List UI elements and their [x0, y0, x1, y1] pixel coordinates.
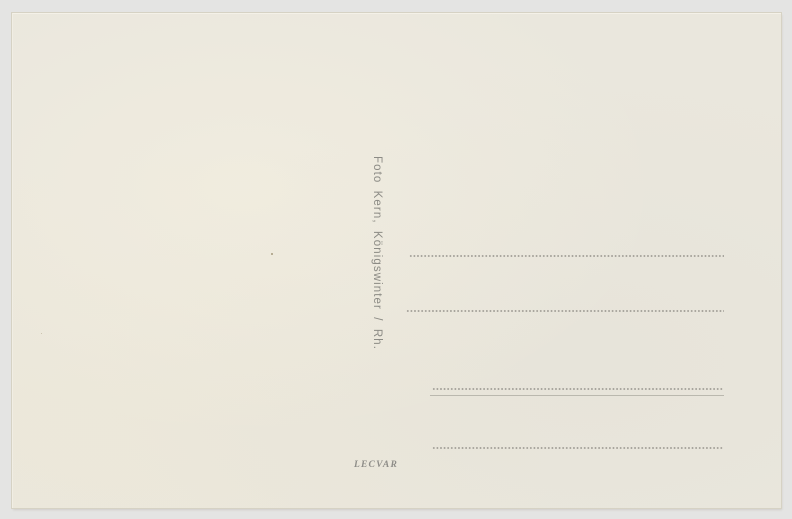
address-line-1 — [409, 255, 724, 257]
address-line-3 — [432, 388, 724, 390]
paper-speck — [271, 253, 273, 255]
address-line-2 — [406, 310, 724, 312]
postcard-back — [12, 13, 781, 508]
address-line-4 — [432, 447, 724, 449]
address-line-3-underline — [430, 395, 724, 396]
paper-speck — [41, 333, 42, 334]
photo-credit: Foto Kern, Königswinter / Rh. — [371, 156, 383, 350]
publisher-mark: LECVAR — [354, 460, 398, 470]
